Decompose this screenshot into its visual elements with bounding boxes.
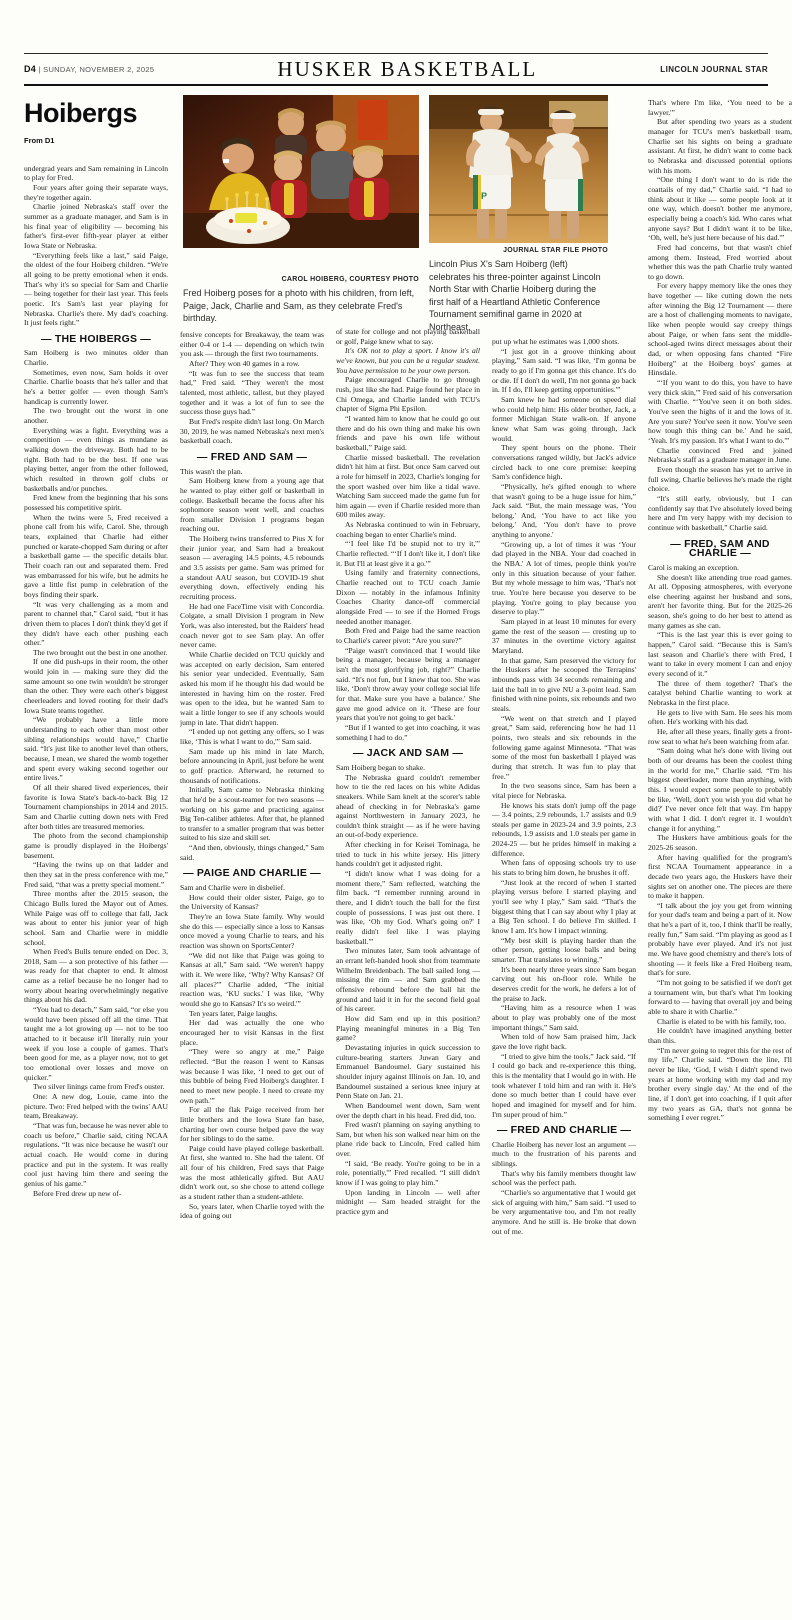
article-paragraph: “But if I wanted to get into coaching, i…: [336, 723, 480, 742]
family-photo-caption: Fred Hoiberg poses for a photo with his …: [183, 287, 419, 325]
article-paragraph: How could their older sister, Paige, go …: [180, 893, 324, 912]
article-paragraph: “And then, obviously, things changed,” S…: [180, 843, 324, 862]
article-paragraph: That's why his family members thought la…: [492, 1169, 636, 1188]
article-paragraph: “Paige wasn't convinced that I would lik…: [336, 646, 480, 723]
article-paragraph: Paige could have played college basketba…: [180, 1144, 324, 1202]
article-paragraph: “That was fun, because he was never able…: [24, 1121, 168, 1189]
article-paragraph: They spent hours on the phone. Their con…: [492, 443, 636, 482]
article-paragraph: He had one FaceTime visit with Concordia…: [180, 602, 324, 650]
article-paragraph: “‘I feel like I'd be stupid not to try i…: [336, 539, 480, 568]
article-paragraph: “‘If you want to do this, you have to ha…: [648, 378, 792, 446]
article-paragraph: undergrad years and Sam remaining in Lin…: [24, 164, 168, 183]
article-paragraph: “It was very challenging as a mom and pa…: [24, 600, 168, 648]
publication-name: LINCOLN JOURNAL STAR: [660, 65, 768, 74]
article-paragraph: It's been nearly three years since Sam b…: [492, 965, 636, 1004]
game-photo-caption: Lincoln Pius X's Sam Hoiberg (left) cele…: [429, 258, 608, 333]
article-paragraph: “Growing up, a lot of times it was ‘Your…: [492, 540, 636, 617]
column-1-body: undergrad years and Sam remaining in Lin…: [24, 164, 168, 1199]
article-column-4: put up what he estimates was 1,000 shots…: [492, 337, 636, 1610]
article-paragraph: Sometimes, even now, Sam holds it over C…: [24, 368, 168, 407]
article-paragraph: Even though the season has yet to arrive…: [648, 465, 792, 494]
article-paragraph: Paige encouraged Charlie to go through r…: [336, 375, 480, 414]
article-paragraph: In that game, Sam preserved the victory …: [492, 656, 636, 714]
article-paragraph: Fred knew from the beginning that his so…: [24, 493, 168, 512]
family-photo-credit: CAROL HOIBERG, COURTESY PHOTO: [183, 276, 419, 283]
article-paragraph: “I said, ‘Be ready. You're going to be i…: [336, 1159, 480, 1188]
article-paragraph: But after spending two years as a studen…: [648, 117, 792, 175]
article-paragraph: The two brought out the worst in one ano…: [24, 406, 168, 425]
article-paragraph: Charlie Hoiberg has never lost an argume…: [492, 1140, 636, 1169]
masthead-top-rule: [24, 53, 768, 54]
continuation-note: From D1: [24, 136, 168, 146]
article-paragraph: “I tried to give him the tools,” Jack sa…: [492, 1052, 636, 1120]
svg-text:P: P: [481, 191, 487, 201]
article-paragraph: fensive concepts for Breakaway, the team…: [180, 330, 324, 359]
article-paragraph: When told of how Sam praised him, Jack g…: [492, 1032, 636, 1051]
article-paragraph: That's where I'm like, ‘You need to be a…: [648, 98, 792, 117]
pius-x-game-photo-art: P: [429, 95, 608, 243]
article-paragraph: Three months after the 2015 season, the …: [24, 889, 168, 947]
newspaper-page: D4 | SUNDAY, NOVEMBER 2, 2025 HUSKER BAS…: [0, 0, 792, 1620]
article-paragraph: As Nebraska continued to win in February…: [336, 520, 480, 539]
article-paragraph: Carol is making an exception.: [648, 563, 792, 573]
article-paragraph: “They were so angry at me,” Paige reflec…: [180, 1047, 324, 1105]
article-paragraph: Upon landing in Lincoln — well after mid…: [336, 1188, 480, 1217]
article-headline: Hoibergs: [24, 98, 168, 128]
article-paragraph: Charlie is elated to be with his family,…: [648, 1017, 792, 1027]
article-paragraph: For all the flak Paige received from her…: [180, 1105, 324, 1144]
article-paragraph: “We did not like that Paige was going to…: [180, 951, 324, 1009]
article-paragraph: “It's still early, obviously, but I can …: [648, 494, 792, 533]
article-paragraph: When Fred's Bulls tenure ended on Dec. 3…: [24, 947, 168, 1005]
edition-dateline: D4 | SUNDAY, NOVEMBER 2, 2025: [24, 64, 154, 74]
article-paragraph: Sam and Charlie were in disbelief.: [180, 883, 324, 893]
article-paragraph: Charlie convinced Fred and joined Nebras…: [648, 446, 792, 465]
pius-x-game-photo: P: [429, 95, 608, 243]
masthead-bottom-rule: [24, 84, 768, 86]
article-paragraph: Using family and fraternity connections,…: [336, 568, 480, 626]
section-subhead: — JACK AND SAM —: [336, 749, 480, 759]
game-photo-credit: JOURNAL STAR FILE PHOTO: [429, 247, 608, 254]
article-paragraph: Fred wasn't planning on saying anything …: [336, 1120, 480, 1159]
article-paragraph: Sam Hoiberg is two minutes older than Ch…: [24, 348, 168, 367]
article-column-5: That's where I'm like, ‘You need to be a…: [648, 98, 792, 1610]
article-paragraph: The Huskers have ambitious goals for the…: [648, 833, 792, 852]
article-paragraph: “This is the last year this is ever goin…: [648, 630, 792, 678]
page-number: D4: [24, 64, 36, 74]
date-text: SUNDAY, NOVEMBER 2, 2025: [43, 65, 154, 74]
article-paragraph: Sam Hoiberg began to shake.: [336, 763, 480, 773]
article-paragraph: They're an Iowa State family. Why would …: [180, 912, 324, 951]
article-paragraph: “You had to detach,” Sam said, “or else …: [24, 1005, 168, 1082]
section-subhead: — FRED, SAM AND CHARLIE —: [648, 540, 792, 559]
article-paragraph: Her dad was actually the one who encoura…: [180, 1018, 324, 1047]
article-paragraph: Sam made up his mind in late March, befo…: [180, 747, 324, 786]
article-column-1: Hoibergs From D1 undergrad years and Sam…: [24, 98, 168, 1610]
article-paragraph: Initially, Sam came to Nebraska thinking…: [180, 785, 324, 843]
article-paragraph: After checking in for Keisei Tominaga, h…: [336, 840, 480, 869]
article-paragraph: She doesn't like attending true road gam…: [648, 573, 792, 631]
article-paragraph: He knows his stats don't jump off the pa…: [492, 801, 636, 859]
article-paragraph: Everything was a fight. Everything was a…: [24, 426, 168, 494]
family-birthday-photo: [183, 95, 419, 248]
article-paragraph: Sam played in at least 10 minutes for ev…: [492, 617, 636, 656]
article-paragraph: When Bandoumel went down, Sam went over …: [336, 1101, 480, 1120]
family-birthday-photo-art: [183, 95, 419, 248]
article-paragraph: Fred had concerns, but that wasn't chief…: [648, 243, 792, 282]
article-paragraph: “Charlie's so argumentative that I would…: [492, 1188, 636, 1236]
article-paragraph: After having qualified for the program's…: [648, 853, 792, 901]
article-paragraph: He, after all these years, finally gets …: [648, 727, 792, 746]
section-subhead: — PAIGE AND CHARLIE —: [180, 869, 324, 879]
article-paragraph: The Hoiberg twins transferred to Pius X …: [180, 534, 324, 602]
article-column-3: of state for college and not playing bas…: [336, 327, 480, 1610]
article-paragraph: How did Sam end up in this position? Pla…: [336, 1014, 480, 1043]
article-paragraph: “I didn't know what I was doing for a mo…: [336, 869, 480, 946]
article-paragraph: Of all their shared lived experiences, t…: [24, 783, 168, 831]
article-paragraph: “Physically, he's gifted enough to where…: [492, 482, 636, 540]
article-paragraph: The Nebraska guard couldn't remember how…: [336, 773, 480, 841]
article-paragraph: This wasn't the plan.: [180, 467, 324, 477]
article-paragraph: “I ended up not getting any offers, so I…: [180, 727, 324, 746]
article-paragraph: of state for college and not playing bas…: [336, 327, 480, 346]
article-paragraph: Both Fred and Paige had the same reactio…: [336, 626, 480, 645]
article-paragraph: When the twins were 5, Fred received a p…: [24, 513, 168, 600]
article-paragraph: In the two seasons since, Sam has been a…: [492, 781, 636, 800]
section-subhead: — FRED AND CHARLIE —: [492, 1126, 636, 1136]
article-paragraph: The three of them together? That's the c…: [648, 679, 792, 708]
article-paragraph: “One thing I don't want to do is ride th…: [648, 175, 792, 243]
article-paragraph: So, years later, when Charlie toyed with…: [180, 1202, 324, 1221]
article-paragraph: “I'm not going to be satisfied if we don…: [648, 978, 792, 1017]
section-subhead: — THE HOIBERGS —: [24, 335, 168, 345]
article-paragraph: “I'm never going to regret this for the …: [648, 1046, 792, 1123]
article-paragraph: When fans of opposing schools try to use…: [492, 858, 636, 877]
article-italic-note: It's OK not to play a sport. I know it's…: [336, 346, 480, 375]
article-paragraph: “Sam doing what he's done with living ou…: [648, 746, 792, 833]
article-paragraph: While Charlie decided on TCU quickly and…: [180, 650, 324, 727]
article-paragraph: Ten years later, Paige laughs.: [180, 1009, 324, 1019]
article-column-2: fensive concepts for Breakaway, the team…: [180, 330, 324, 1610]
article-paragraph: Devastating injuries in quick succession…: [336, 1043, 480, 1101]
article-paragraph: “We went on that stretch and I played gr…: [492, 714, 636, 782]
article-paragraph: Charlie missed basketball. The revelatio…: [336, 453, 480, 521]
section-subhead: — FRED AND SAM —: [180, 453, 324, 463]
article-paragraph: The photo from the second championship g…: [24, 831, 168, 860]
masthead: D4 | SUNDAY, NOVEMBER 2, 2025 HUSKER BAS…: [24, 56, 768, 82]
article-paragraph: After? They won 40 games in a row.: [180, 359, 324, 369]
article-paragraph: For every happy memory like the ones the…: [648, 281, 792, 378]
article-paragraph: Before Fred drew up new of-: [24, 1189, 168, 1199]
article-paragraph: “My best skill is playing harder than th…: [492, 936, 636, 965]
article-paragraph: Charlie joined Nebraska's staff over the…: [24, 202, 168, 250]
article-paragraph: But Fred's respite didn't last long. On …: [180, 417, 324, 446]
separator: |: [39, 65, 41, 74]
article-paragraph: “Having him as a resource when I was abo…: [492, 1003, 636, 1032]
article-paragraph: “We probably have a little more understa…: [24, 715, 168, 783]
article-paragraph: He couldn't have imagined anything bette…: [648, 1026, 792, 1045]
article-paragraph: “Just look at the record of when I start…: [492, 878, 636, 936]
article-paragraph: “It was fun to see the success that team…: [180, 369, 324, 417]
article-paragraph: He gets to live with Sam. He sees his mo…: [648, 708, 792, 727]
article-paragraph: “Having the twins up on that ladder and …: [24, 860, 168, 889]
section-title: HUSKER BASKETBALL: [277, 57, 537, 82]
article-paragraph: Two silver linings came from Fred's oust…: [24, 1082, 168, 1092]
article-paragraph: “I just got in a groove thinking about p…: [492, 347, 636, 395]
article-paragraph: Two minutes later, Sam took advantage of…: [336, 946, 480, 1014]
article-paragraph: One: A new dog, Louie, came into the pic…: [24, 1092, 168, 1121]
article-paragraph: “I talk about the joy you get from winni…: [648, 901, 792, 978]
article-paragraph: “Everything feels like a last,” said Pai…: [24, 251, 168, 328]
article-paragraph: The two brought out the best in one anot…: [24, 648, 168, 658]
article-paragraph: Sam Hoiberg knew from a young age that h…: [180, 476, 324, 534]
article-paragraph: Sam knew he had someone on speed dial wh…: [492, 395, 636, 443]
article-paragraph: Four years after going their separate wa…: [24, 183, 168, 202]
article-paragraph: If one did push-ups in their room, the o…: [24, 657, 168, 715]
article-paragraph: “I wanted him to know that he could go o…: [336, 414, 480, 453]
article-paragraph: put up what he estimates was 1,000 shots…: [492, 337, 636, 347]
